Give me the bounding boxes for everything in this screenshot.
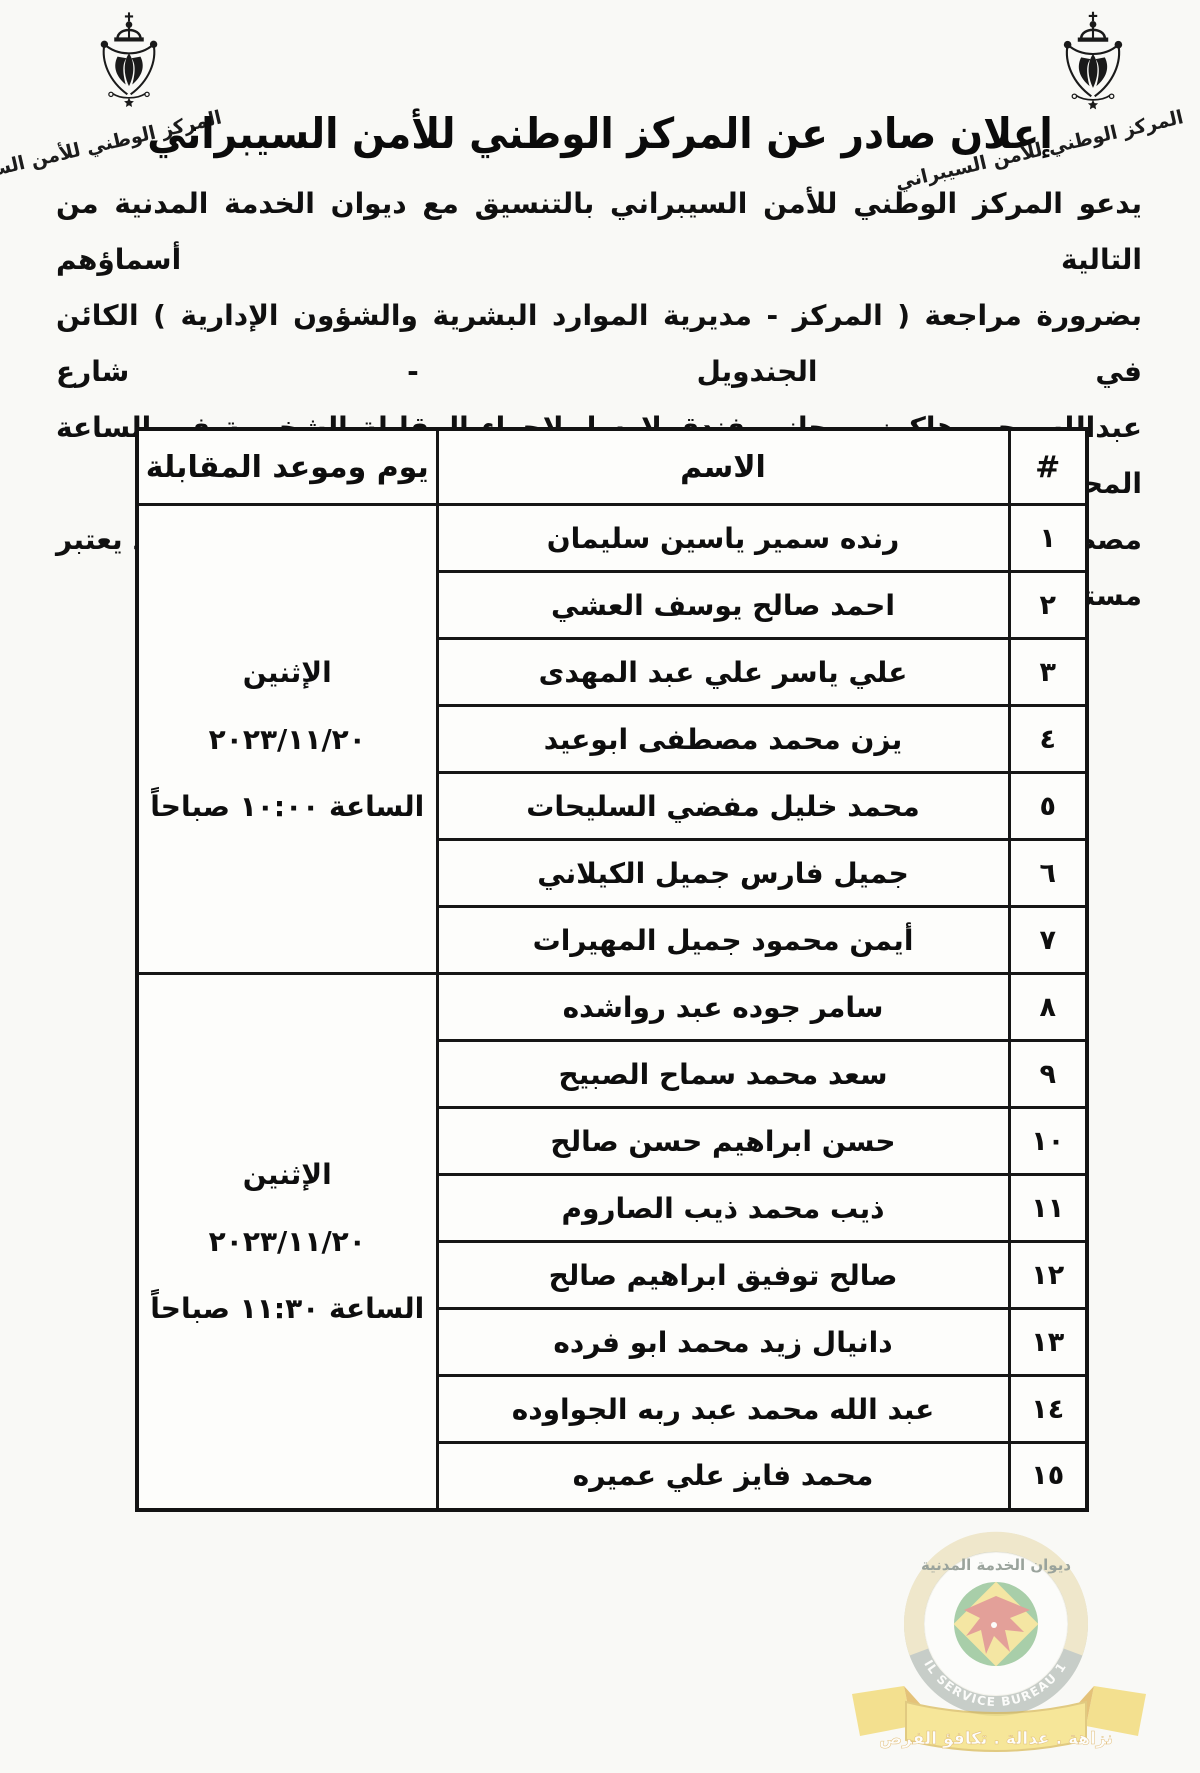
civil-service-bureau-seal-icon: ديوان الخدمة المدنية CIVIL SERVICE BUREA… xyxy=(842,1510,1156,1771)
candidate-name: عبد الله محمد عبد ربه الجواوده xyxy=(437,1376,1009,1443)
header-number: # xyxy=(1009,429,1087,505)
row-number: ١٣ xyxy=(1009,1309,1087,1376)
candidate-name: حسن ابراهيم حسن صالح xyxy=(437,1108,1009,1175)
candidate-name: احمد صالح يوسف العشي xyxy=(437,572,1009,639)
group2-day: الإثنين xyxy=(243,1158,332,1191)
row-number: ١٢ xyxy=(1009,1242,1087,1309)
civil-service-bureau-seal: ديوان الخدمة المدنية CIVIL SERVICE BUREA… xyxy=(842,1510,1156,1771)
row-number: ١٠ xyxy=(1009,1108,1087,1175)
right-coat-of-arms: المركز الوطني للأمن السيبراني xyxy=(948,8,1192,188)
row-number: ٦ xyxy=(1009,840,1087,907)
candidate-name: محمد خليل مفضي السليحات xyxy=(437,773,1009,840)
row-number: ٧ xyxy=(1009,907,1087,974)
candidate-name: دانيال زيد محمد ابو فرده xyxy=(437,1309,1009,1376)
table-row: ١ رنده سمير ياسين سليمان الإثنين ٢٠٢٣/١١… xyxy=(137,505,1087,572)
group1-day: الإثنين xyxy=(243,656,332,689)
announcement-page: المركز الوطني للأمن السيبراني xyxy=(0,0,1200,1773)
group2-time: الساعة ١١:٣٠ صباحاً xyxy=(150,1292,424,1325)
jordan-crest-icon xyxy=(88,10,170,118)
falcon-icon xyxy=(964,1596,1030,1654)
seal-english-text: CIVIL SERVICE BUREAU 1955 xyxy=(842,1510,1070,1709)
header-date: يوم وموعد المقابلة xyxy=(137,429,437,505)
candidate-name: سعد محمد سماح الصبيح xyxy=(437,1041,1009,1108)
candidate-name: يزن محمد مصطفى ابوعيد xyxy=(437,706,1009,773)
interview-schedule-table: # الاسم يوم وموعد المقابلة ١ رنده سمير ي… xyxy=(135,427,1089,1512)
row-number: ٢ xyxy=(1009,572,1087,639)
intro-line: بضرورة مراجعة ( المركز - مديرية الموارد … xyxy=(56,288,1142,400)
row-number: ١ xyxy=(1009,505,1087,572)
candidate-name: محمد فايز علي عميره xyxy=(437,1443,1009,1510)
table-row: ٨ سامر جوده عبد رواشده الإثنين ٢٠٢٣/١١/٢… xyxy=(137,974,1087,1041)
page-title: إعلان صادر عن المركز الوطني للأمن السيبر… xyxy=(0,110,1200,159)
group2-date-cell: الإثنين ٢٠٢٣/١١/٢٠ الساعة ١١:٣٠ صباحاً xyxy=(137,974,437,1510)
row-number: ١٥ xyxy=(1009,1443,1087,1510)
row-number: ٨ xyxy=(1009,974,1087,1041)
header-name: الاسم xyxy=(437,429,1009,505)
candidate-name: صالح توفيق ابراهيم صالح xyxy=(437,1242,1009,1309)
candidate-name: أيمن محمود جميل المهيرات xyxy=(437,907,1009,974)
candidate-name: جميل فارس جميل الكيلاني xyxy=(437,840,1009,907)
row-number: ٩ xyxy=(1009,1041,1087,1108)
group1-date-cell: الإثنين ٢٠٢٣/١١/٢٠ الساعة ١٠:٠٠ صباحاً xyxy=(137,505,437,974)
candidate-name: سامر جوده عبد رواشده xyxy=(437,974,1009,1041)
row-number: ٤ xyxy=(1009,706,1087,773)
group1-date: ٢٠٢٣/١١/٢٠ xyxy=(209,723,366,756)
row-number: ١١ xyxy=(1009,1175,1087,1242)
table-header-row: # الاسم يوم وموعد المقابلة xyxy=(137,429,1087,505)
intro-line: يدعو المركز الوطني للأمن السيبراني بالتن… xyxy=(56,176,1142,288)
svg-text:CIVIL SERVICE BUREAU 1955: CIVIL SERVICE BUREAU 1955 xyxy=(842,1510,1070,1709)
candidate-name: علي ياسر علي عبد المهدى xyxy=(437,639,1009,706)
jordan-crest-icon xyxy=(1050,10,1136,120)
candidate-name: ذيب محمد ذيب الصاروم xyxy=(437,1175,1009,1242)
candidate-name: رنده سمير ياسين سليمان xyxy=(437,505,1009,572)
seal-arabic-text: ديوان الخدمة المدنية xyxy=(921,1556,1071,1574)
row-number: ١٤ xyxy=(1009,1376,1087,1443)
seal-ribbon: نزاهة . عدالة . تكافؤ الفرص xyxy=(852,1686,1146,1751)
left-coat-of-arms: المركز الوطني للأمن السيبراني xyxy=(18,8,242,188)
row-number: ٣ xyxy=(1009,639,1087,706)
ribbon-motto-text: نزاهة . عدالة . تكافؤ الفرص xyxy=(879,1729,1113,1749)
group1-time: الساعة ١٠:٠٠ صباحاً xyxy=(150,790,424,823)
group2-date: ٢٠٢٣/١١/٢٠ xyxy=(209,1225,366,1258)
row-number: ٥ xyxy=(1009,773,1087,840)
